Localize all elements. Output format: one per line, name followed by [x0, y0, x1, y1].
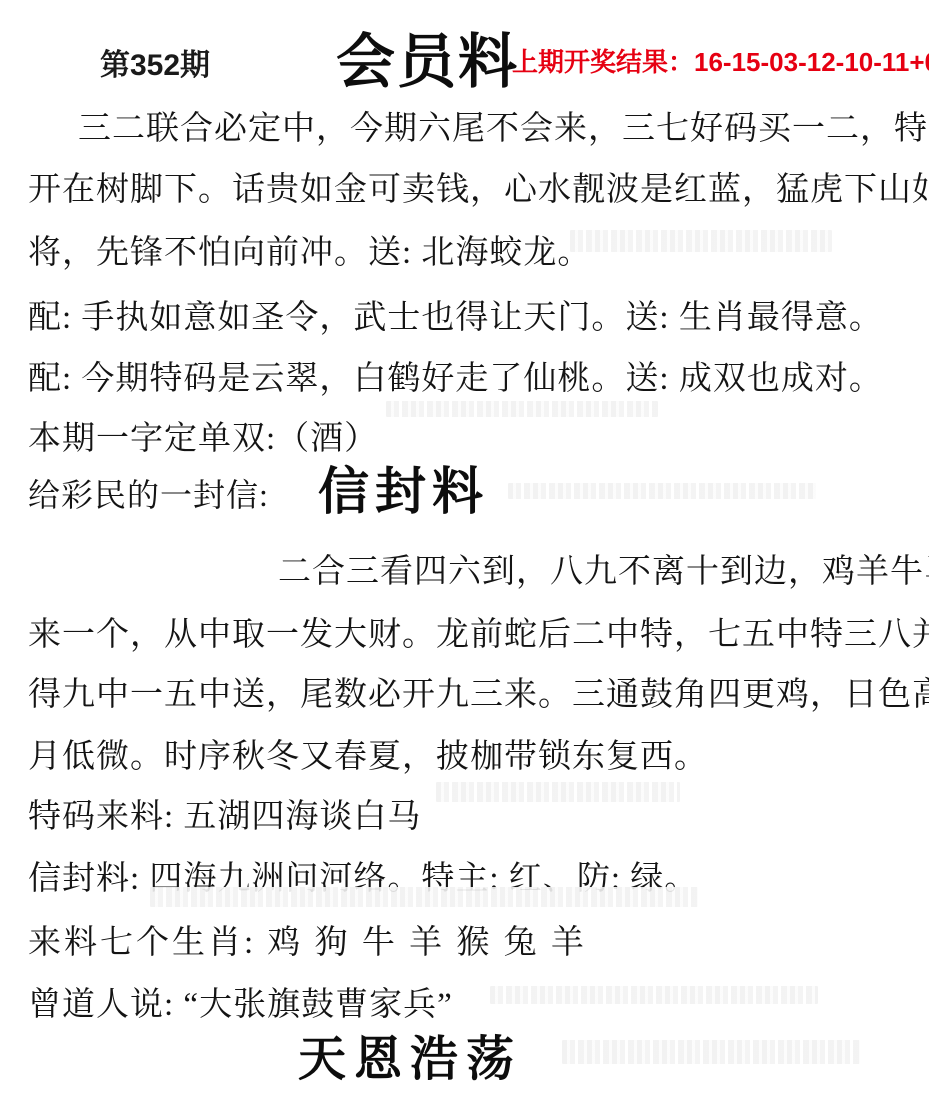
pei-line-1: 配: 手执如意如圣令，武士也得让天门。送: 生肖最得意。 [28, 291, 883, 338]
member-paragraph-line-3: 将，先锋不怕向前冲。送: 北海蛟龙。 [28, 226, 591, 273]
pei-line-2: 配: 今期特码是云翠，白鹤好走了仙桃。送: 成双也成对。 [28, 352, 883, 399]
letter-line-1: 二合三看四六到，八九不离十到边，鸡羊牛马 [278, 545, 929, 592]
page-title: 会员料 [336, 14, 519, 99]
letter-intro-label: 给彩民的一封信: [28, 470, 269, 516]
last-draw-result: 上期开奖结果：16-15-03-12-10-11+04 [512, 42, 929, 79]
letter-line-4: 月低微。时序秋冬又春夏，披枷带锁东复西。 [28, 730, 708, 777]
watermark-band-2 [386, 401, 658, 417]
letter-line-2: 来一个，从中取一发大财。龙前蛇后二中特，七五中特三八并， [28, 608, 929, 655]
issue-number: 第352期 [100, 40, 210, 84]
letter-line-3: 得九中一五中送，尾数必开九三来。三通鼓角四更鸡，日色高升 [28, 668, 929, 715]
quote-line: 曾道人说: “大张旗鼓曹家兵” [28, 978, 453, 1025]
member-paragraph-line-1: 三二联合必定中，今期六尾不会来，三七好码买一二，特码 [78, 102, 929, 149]
watermark-band-1 [570, 230, 832, 252]
special-code-line: 特码来料: 五湖四海谈白马 [28, 790, 421, 837]
watermark-band-4 [436, 782, 680, 802]
zodiac-line: 来料七个生肖: 鸡 狗 牛 羊 猴 兔 羊 [28, 916, 587, 963]
member-paragraph-line-2: 开在树脚下。话贵如金可卖钱，心水靓波是红蓝，猛虎下山如大 [28, 163, 929, 210]
watermark-band-6 [490, 986, 818, 1004]
watermark-band-5 [150, 887, 698, 907]
footer-slogan: 天恩浩荡 [298, 1020, 522, 1089]
watermark-band-3 [508, 483, 816, 499]
envelope-section-title: 信封料 [318, 450, 489, 524]
watermark-band-7 [562, 1040, 860, 1064]
